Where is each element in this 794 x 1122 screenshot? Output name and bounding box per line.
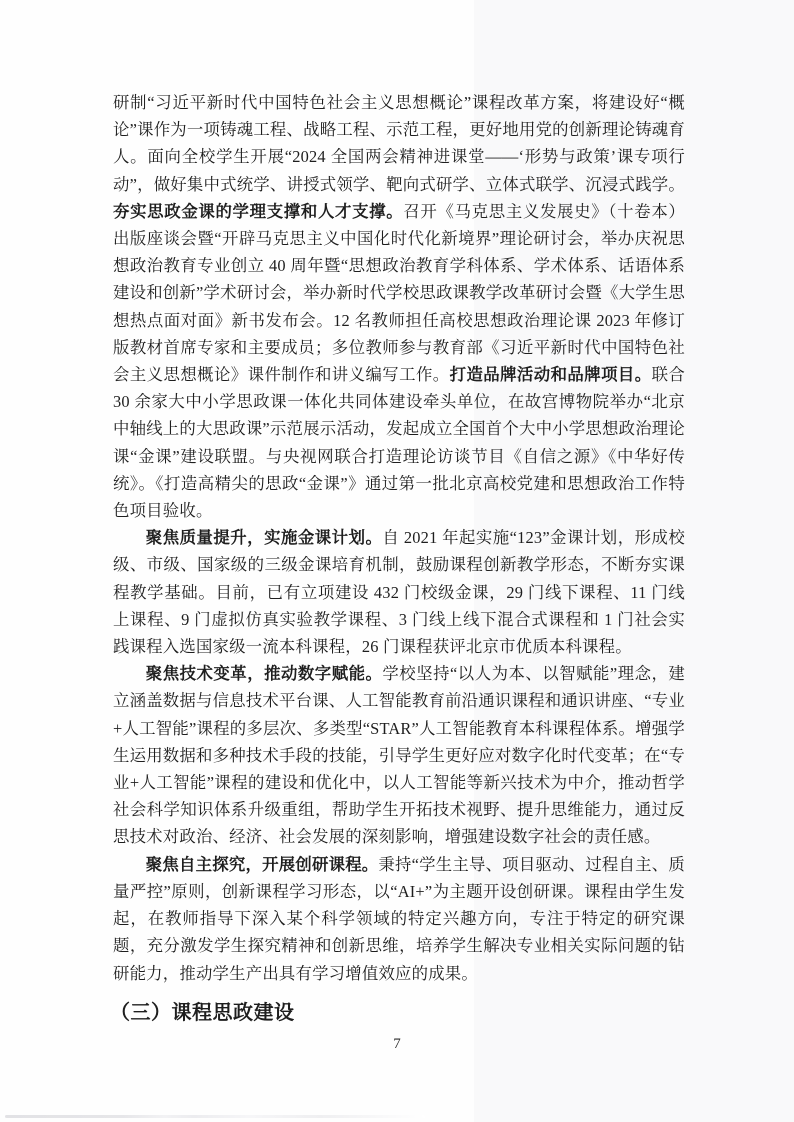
paragraph-zizhu-tanjiu: 聚焦自主探究，开展创研课程。秉持“学生主导、项目驱动、过程自主、质量严控”原则，…	[113, 851, 685, 987]
text-run: 学校坚持“以人为本、以智赋能”理念，建立涵盖数据与信息技术平台课、人工智能教育前…	[113, 664, 685, 846]
bold-text-run: 打造品牌活动和品牌项目。	[450, 365, 652, 384]
bold-text-run: 夯实思政金课的学理支撑和人才支撑。	[113, 202, 403, 221]
document-page: 研制“习近平新时代中国特色社会主义思想概论”课程改革方案，将建设好“概论”课作为…	[0, 0, 794, 1122]
paragraph-sizheng-jinke: 研制“习近平新时代中国特色社会主义思想概论”课程改革方案，将建设好“概论”课作为…	[113, 89, 685, 524]
bold-text-run: 聚焦技术变革，推动数字赋能。	[146, 664, 383, 683]
section-heading: （三）课程思政建设	[110, 998, 685, 1028]
paragraph-jishu-biange: 聚焦技术变革，推动数字赋能。学校坚持“以人为本、以智赋能”理念，建立涵盖数据与信…	[113, 660, 685, 850]
bold-text-run: 聚焦质量提升，实施金课计划。	[146, 528, 383, 547]
document-body: 研制“习近平新时代中国特色社会主义思想概论”课程改革方案，将建设好“概论”课作为…	[113, 89, 685, 1028]
paragraph-zhiliang-tisheng: 聚焦质量提升，实施金课计划。自 2021 年起实施“123”金课计划，形成校级、…	[113, 524, 685, 660]
text-run: 联合 30 余家大中小学思政课一体化共同体建设牵头单位，在故宫博物院举办“北京中…	[113, 365, 685, 520]
text-run: 研制“习近平新时代中国特色社会主义思想概论”课程改革方案，将建设好“概论”课作为…	[113, 93, 685, 194]
page-number: 7	[0, 1036, 794, 1053]
text-run: 自 2021 年起实施“123”金课计划，形成校级、市级、国家级的三级金课培育机…	[113, 528, 685, 656]
bold-text-run: 聚焦自主探究，开展创研课程。	[146, 855, 379, 874]
scan-artifact	[5, 1115, 425, 1118]
text-run: 召开《马克思主义发展史》（十卷本）出版座谈会暨“开辟马克思主义中国化时代化新境界…	[113, 202, 685, 384]
paragraph-container: 研制“习近平新时代中国特色社会主义思想概论”课程改革方案，将建设好“概论”课作为…	[113, 89, 685, 987]
